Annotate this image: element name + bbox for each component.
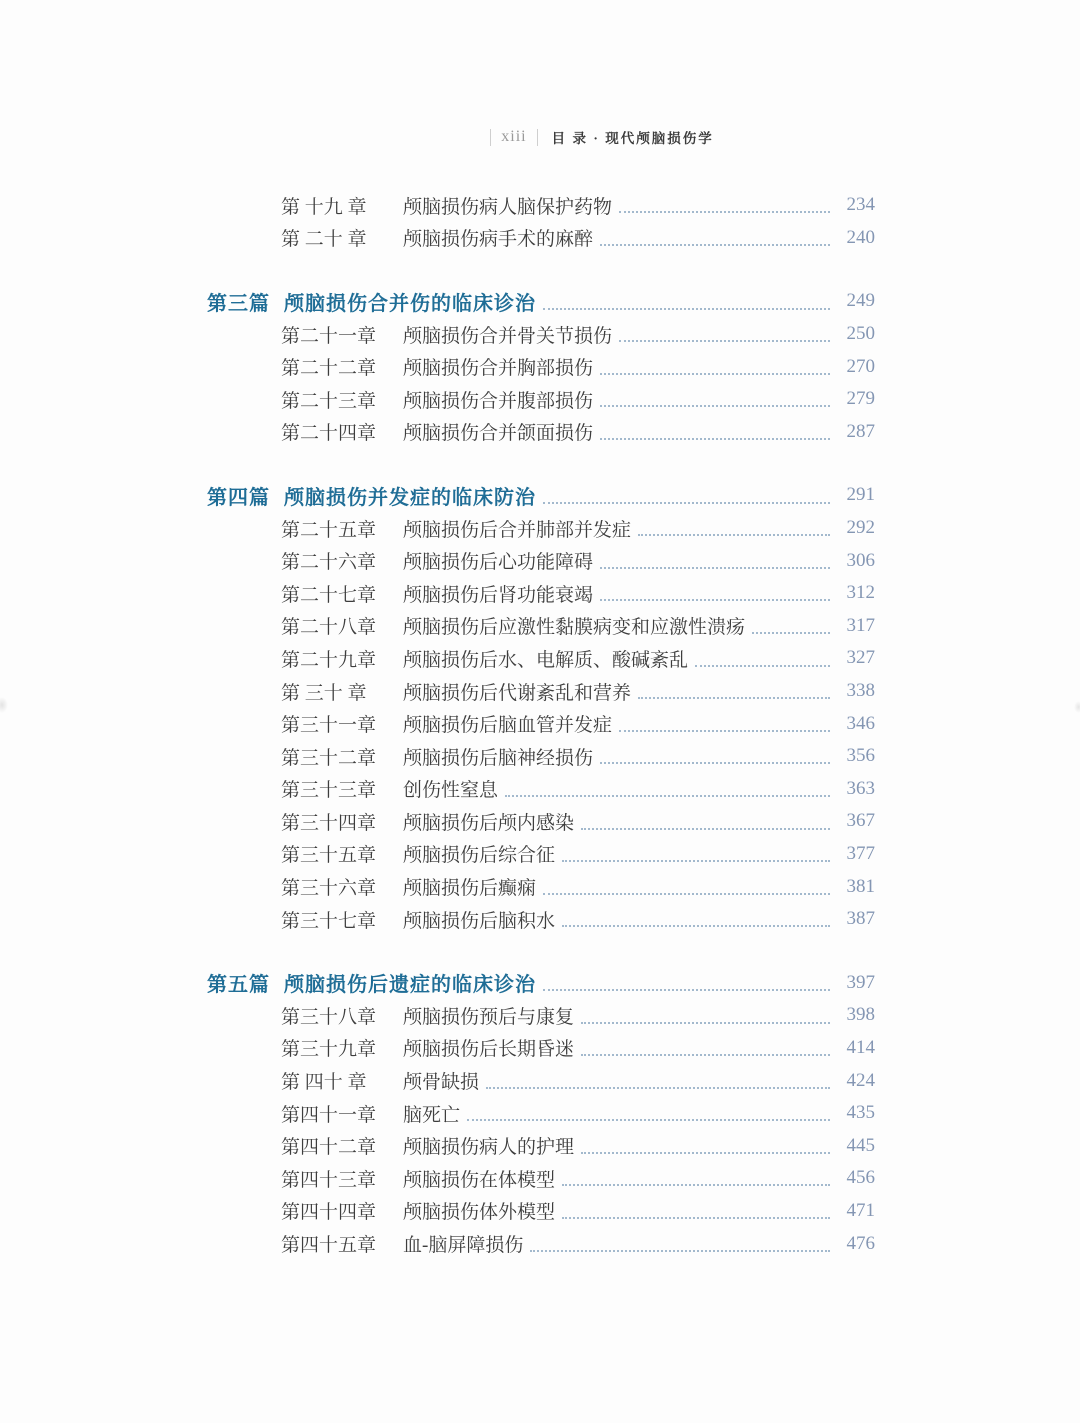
dot-leader (562, 846, 830, 862)
part-title: 颅脑损伤并发症的临床防治 (284, 481, 536, 510)
chapter-label: 第二十二章 (281, 353, 385, 380)
page-number: 363 (835, 778, 875, 800)
chapter-label: 第三十三章 (281, 775, 385, 802)
page-number: 377 (835, 843, 875, 865)
chapter-label: 第三十五章 (281, 840, 385, 867)
chapter-title: 颅脑损伤后脑神经损伤 (403, 743, 593, 770)
chapter-title: 颅脑损伤后颅内感染 (403, 808, 574, 835)
toc-entry-row: 第三十九章颅脑损伤后长期昏迷414 (207, 1032, 875, 1065)
chapter-label: 第 二十 章 (281, 224, 385, 251)
chapter-title: 颅脑损伤合并骨关节损伤 (403, 321, 612, 348)
chapter-title: 颅脑损伤病手术的麻醉 (403, 224, 593, 251)
page-number: 424 (835, 1070, 875, 1092)
chapter-title: 血-脑屏障损伤 (403, 1230, 523, 1257)
dot-leader (581, 813, 830, 829)
dot-leader (486, 1072, 830, 1088)
chapter-title: 颅脑损伤病人的护理 (403, 1132, 574, 1159)
dot-leader (543, 878, 830, 894)
dot-leader (600, 230, 830, 246)
toc-entry-row: 第二十五章颅脑损伤后合并肺部并发症292 (207, 512, 875, 545)
toc-entry-row: 第三十一章颅脑损伤后脑血管并发症346 (207, 707, 875, 740)
toc-part-section: 第三篇颅脑损伤合并伤的临床诊治249第二十一章颅脑损伤合并骨关节损伤250第二十… (207, 285, 875, 448)
chapter-title: 颅脑损伤合并胸部损伤 (403, 353, 593, 380)
chapter-label: 第三十八章 (281, 1002, 385, 1029)
toc-entry-row: 第 二十 章颅脑损伤病手术的麻醉240 (207, 222, 875, 255)
page-number: 287 (835, 421, 875, 443)
dot-leader (619, 326, 830, 342)
page-number: 445 (835, 1135, 875, 1157)
dot-leader (543, 293, 830, 309)
toc-entry-row: 第四十一章脑死亡435 (207, 1097, 875, 1130)
running-header-title: 目 录 · 现代颅脑损伤学 (552, 127, 714, 147)
dot-leader (600, 552, 830, 568)
dot-leader (752, 618, 830, 634)
chapter-label: 第三十六章 (281, 873, 385, 900)
chapter-label: 第三十九章 (281, 1034, 385, 1061)
toc-entry-row: 第二十九章颅脑损伤后水、电解质、酸碱紊乱327 (207, 642, 875, 675)
part-heading-row: 第四篇颅脑损伤并发症的临床防治291 (207, 479, 875, 512)
chapter-label: 第二十八章 (281, 612, 385, 639)
toc-part-section: 第四篇颅脑损伤并发症的临床防治291第二十五章颅脑损伤后合并肺部并发症292第二… (207, 479, 875, 935)
chapter-label: 第 十九 章 (281, 192, 385, 219)
toc-entry-row: 第四十三章颅脑损伤在体模型456 (207, 1162, 875, 1195)
scan-artifact-left (0, 697, 8, 713)
page-number: 456 (835, 1167, 875, 1189)
chapter-title: 颅脑损伤后脑积水 (403, 906, 555, 933)
toc-entry-row: 第二十七章颅脑损伤后肾功能衰竭312 (207, 577, 875, 610)
chapter-label: 第 三十 章 (281, 678, 385, 705)
dot-leader (562, 1203, 830, 1219)
toc-entry-row: 第三十八章颅脑损伤预后与康复398 (207, 999, 875, 1032)
part-page-number: 291 (835, 484, 875, 506)
toc-entry-row: 第三十四章颅脑损伤后颅内感染367 (207, 805, 875, 838)
chapter-label: 第三十四章 (281, 808, 385, 835)
chapter-label: 第二十四章 (281, 418, 385, 445)
toc-page: { "header": { "page_number_roman": "xiii… (0, 0, 1080, 1423)
page-number: 270 (835, 356, 875, 378)
toc-entry-row: 第三十二章颅脑损伤后脑神经损伤356 (207, 740, 875, 773)
chapter-label: 第二十五章 (281, 515, 385, 542)
part-page-number: 397 (835, 972, 875, 994)
dot-leader (638, 683, 830, 699)
part-title: 颅脑损伤合并伤的临床诊治 (284, 287, 536, 316)
dot-leader (600, 748, 830, 764)
page-number: 292 (835, 517, 875, 539)
toc-entry-row: 第四十五章血-脑屏障损伤476 (207, 1227, 875, 1260)
chapter-title: 颅脑损伤后水、电解质、酸碱紊乱 (403, 645, 688, 672)
chapter-label: 第四十五章 (281, 1230, 385, 1257)
page-number: 240 (835, 227, 875, 249)
toc-entry-row: 第 四十 章颅骨缺损424 (207, 1064, 875, 1097)
toc-entry-row: 第二十一章颅脑损伤合并骨关节损伤250 (207, 318, 875, 351)
chapter-title: 颅脑损伤后应激性黏膜病变和应激性溃疡 (403, 612, 745, 639)
part-label: 第四篇 (207, 481, 270, 510)
toc-entry-row: 第 三十 章颅脑损伤后代谢紊乱和营养338 (207, 675, 875, 708)
chapter-title: 颅骨缺损 (403, 1067, 479, 1094)
part-label: 第三篇 (207, 287, 270, 316)
chapter-label: 第二十七章 (281, 580, 385, 607)
toc-part-section: 第五篇颅脑损伤后遗症的临床诊治397第三十八章颅脑损伤预后与康复398第三十九章… (207, 966, 875, 1259)
toc-entry-row: 第二十二章颅脑损伤合并胸部损伤270 (207, 350, 875, 383)
dot-leader (530, 1235, 830, 1251)
chapter-label: 第四十三章 (281, 1165, 385, 1192)
toc-entry-row: 第四十四章颅脑损伤体外模型471 (207, 1195, 875, 1228)
chapter-label: 第三十一章 (281, 710, 385, 737)
dot-leader (695, 650, 830, 666)
page-number: 317 (835, 615, 875, 637)
chapter-title: 颅脑损伤预后与康复 (403, 1002, 574, 1029)
chapter-label: 第二十六章 (281, 547, 385, 574)
page-number: 312 (835, 582, 875, 604)
part-title: 颅脑损伤后遗症的临床诊治 (284, 968, 536, 997)
dot-leader (638, 520, 830, 536)
table-of-contents: 第 十九 章颅脑损伤病人脑保护药物234第 二十 章颅脑损伤病手术的麻醉240第… (207, 189, 875, 1260)
chapter-title: 颅脑损伤后综合征 (403, 840, 555, 867)
chapter-title: 颅脑损伤后长期昏迷 (403, 1034, 574, 1061)
page-number: 381 (835, 876, 875, 898)
page-number: 327 (835, 647, 875, 669)
chapter-title: 颅脑损伤病人脑保护药物 (403, 192, 612, 219)
toc-entry-row: 第三十七章颅脑损伤后脑积水387 (207, 903, 875, 936)
dot-leader (581, 1007, 830, 1023)
header-left-rule (490, 129, 491, 146)
chapter-title: 颅脑损伤后肾功能衰竭 (403, 580, 593, 607)
chapter-title: 颅脑损伤后代谢紊乱和营养 (403, 678, 631, 705)
chapter-label: 第三十二章 (281, 743, 385, 770)
dot-leader (619, 715, 830, 731)
page-number: 398 (835, 1004, 875, 1026)
dot-leader (562, 911, 830, 927)
dot-leader (600, 424, 830, 440)
dot-leader (600, 585, 830, 601)
dot-leader (581, 1138, 830, 1154)
page-number: 414 (835, 1037, 875, 1059)
dot-leader (619, 197, 830, 213)
chapter-title: 颅脑损伤后癫痫 (403, 873, 536, 900)
toc-entry-row: 第三十五章颅脑损伤后综合征377 (207, 838, 875, 871)
toc-entry-row: 第二十八章颅脑损伤后应激性黏膜病变和应激性溃疡317 (207, 610, 875, 643)
toc-entry-row: 第四十二章颅脑损伤病人的护理445 (207, 1129, 875, 1162)
part-page-number: 249 (835, 290, 875, 312)
running-header: xiii 目 录 · 现代颅脑损伤学 (0, 127, 1080, 147)
page-number: 306 (835, 550, 875, 572)
toc-entry-row: 第 十九 章颅脑损伤病人脑保护药物234 (207, 189, 875, 222)
chapter-title: 创伤性窒息 (403, 775, 498, 802)
page-number-roman: xiii (501, 128, 526, 146)
chapter-label: 第四十四章 (281, 1197, 385, 1224)
part-heading-row: 第五篇颅脑损伤后遗症的临床诊治397 (207, 966, 875, 999)
dot-leader (600, 359, 830, 375)
page-number: 250 (835, 323, 875, 345)
chapter-label: 第二十三章 (281, 386, 385, 413)
toc-lead-section: 第 十九 章颅脑损伤病人脑保护药物234第 二十 章颅脑损伤病手术的麻醉240 (207, 189, 875, 254)
dot-leader (600, 391, 830, 407)
chapter-title: 颅脑损伤合并腹部损伤 (403, 386, 593, 413)
page-number: 338 (835, 680, 875, 702)
chapter-label: 第四十一章 (281, 1100, 385, 1127)
page-number: 234 (835, 194, 875, 216)
page-number: 471 (835, 1200, 875, 1222)
chapter-title: 颅脑损伤在体模型 (403, 1165, 555, 1192)
page-number: 387 (835, 908, 875, 930)
chapter-label: 第 四十 章 (281, 1067, 385, 1094)
chapter-title: 颅脑损伤后心功能障碍 (403, 547, 593, 574)
scan-artifact-right (1074, 701, 1080, 713)
chapter-title: 颅脑损伤体外模型 (403, 1197, 555, 1224)
dot-leader (581, 1040, 830, 1056)
chapter-label: 第二十九章 (281, 645, 385, 672)
dot-leader (505, 781, 830, 797)
chapter-label: 第三十七章 (281, 906, 385, 933)
page-number: 346 (835, 713, 875, 735)
page-number: 476 (835, 1233, 875, 1255)
dot-leader (543, 487, 830, 503)
page-number: 279 (835, 388, 875, 410)
chapter-title: 颅脑损伤后合并肺部并发症 (403, 515, 631, 542)
toc-entry-row: 第三十六章颅脑损伤后癫痫381 (207, 870, 875, 903)
part-label: 第五篇 (207, 968, 270, 997)
toc-entry-row: 第二十六章颅脑损伤后心功能障碍306 (207, 544, 875, 577)
toc-entry-row: 第三十三章创伤性窒息363 (207, 773, 875, 806)
chapter-title: 颅脑损伤后脑血管并发症 (403, 710, 612, 737)
chapter-label: 第四十二章 (281, 1132, 385, 1159)
dot-leader (467, 1105, 830, 1121)
dot-leader (543, 975, 830, 991)
chapter-title: 颅脑损伤合并颌面损伤 (403, 418, 593, 445)
toc-entry-row: 第二十四章颅脑损伤合并颌面损伤287 (207, 416, 875, 449)
page-number: 367 (835, 810, 875, 832)
toc-entry-row: 第二十三章颅脑损伤合并腹部损伤279 (207, 383, 875, 416)
chapter-title: 脑死亡 (403, 1100, 460, 1127)
page-number: 435 (835, 1102, 875, 1124)
header-right-rule (537, 129, 538, 146)
chapter-label: 第二十一章 (281, 321, 385, 348)
dot-leader (562, 1170, 830, 1186)
page-number: 356 (835, 745, 875, 767)
part-heading-row: 第三篇颅脑损伤合并伤的临床诊治249 (207, 285, 875, 318)
